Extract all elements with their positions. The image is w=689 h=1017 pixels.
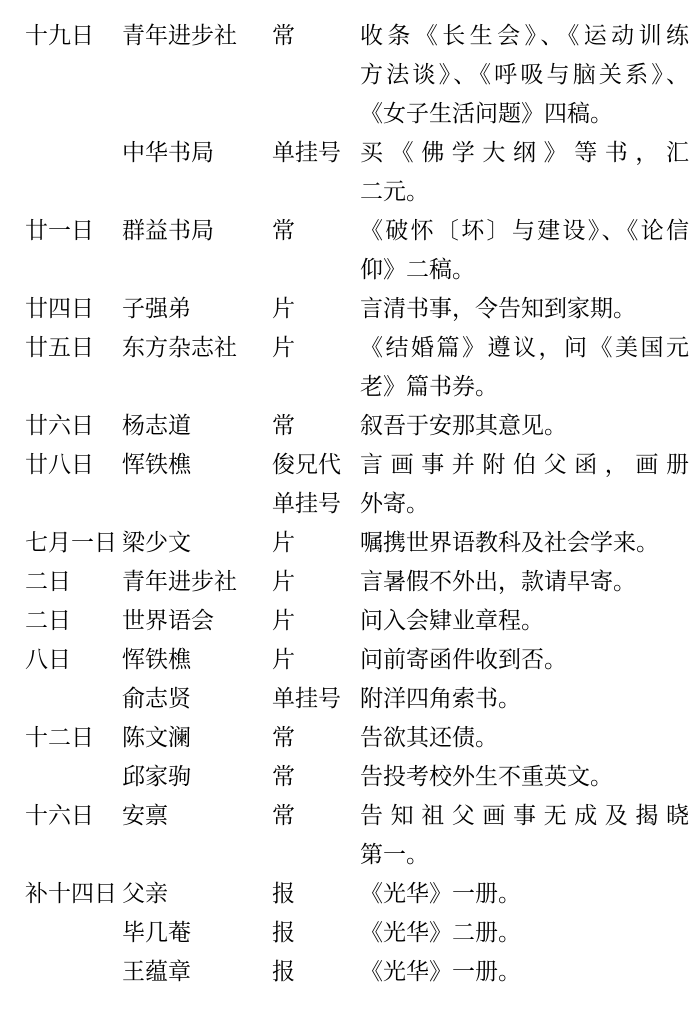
entry-date-cell: 廿八日 [25,445,122,484]
entry-date: 廿一日 [25,211,122,250]
entry-mail-type-cell: 报 [272,913,360,952]
entry-correspondent: 中华书局 [122,133,272,172]
table-row: 廿四日子强弟片言清书事，令告知到家期。 [25,289,689,328]
table-row: 二日青年进步社片言暑假不外出，款请早寄。 [25,562,689,601]
table-row: 补十四日父亲报《光华》一册。 [25,874,689,913]
entry-correspondent-cell: 子强弟 [122,289,272,328]
entry-description-cell: 言暑假不外出，款请早寄。 [360,562,689,601]
entry-correspondent-cell: 俞志贤 [122,679,272,718]
entry-correspondent: 陈文澜 [122,718,272,757]
entry-date: 补十四日 [25,874,122,913]
entry-mail-type: 片 [272,562,360,601]
entry-description-line: 《女子生活问题》四稿。 [360,94,689,133]
entry-date-cell: 廿四日 [25,289,122,328]
entry-description-cell: 言画事并附伯父函，画册外寄。 [360,445,689,523]
entry-mail-type: 片 [272,328,360,367]
entry-description-line: 二元。 [360,172,689,211]
table-row: 中华书局单挂号买《佛学大纲》等书，汇二元。 [25,133,689,211]
table-row: 廿六日杨志道常叙吾于安那其意见。 [25,406,689,445]
entry-date-cell: 廿五日 [25,328,122,367]
entry-mail-type: 片 [272,289,360,328]
entry-description-cell: 《破怀〔坏〕与建设》、《论信仰》二稿。 [360,211,689,289]
entry-date: 二日 [25,562,122,601]
entry-mail-type-cell: 报 [272,952,360,991]
entry-date-cell: 廿一日 [25,211,122,250]
entry-mail-type-cell: 片 [272,328,360,367]
entry-date: 廿五日 [25,328,122,367]
entry-mail-type-cell: 片 [272,562,360,601]
entry-description-line: 言画事并附伯父函，画册 [360,445,689,484]
entry-description-line: 第一。 [360,835,689,874]
entry-mail-type: 单挂号 [272,133,360,172]
entry-mail-type-cell: 常 [272,796,360,835]
entry-description-line: 收条《长生会》、《运动训练 [360,16,689,55]
entry-correspondent-cell: 梁少文 [122,523,272,562]
entry-mail-type-cell: 报 [272,874,360,913]
entry-date: 二日 [25,601,122,640]
entry-correspondent: 东方杂志社 [122,328,272,367]
entry-correspondent: 群益书局 [122,211,272,250]
entry-description-line: 言清书事，令告知到家期。 [360,289,689,328]
entry-description-line: 《光华》一册。 [360,952,689,991]
entry-correspondent: 杨志道 [122,406,272,445]
entry-description-line: 方法谈》、《呼吸与脑关系》、 [360,55,689,94]
entry-description-line: 仰》二稿。 [360,250,689,289]
entry-mail-type: 单挂号 [272,679,360,718]
entry-description-line: 《光华》一册。 [360,874,689,913]
entry-mail-type-cell: 片 [272,601,360,640]
entry-correspondent: 邱家驹 [122,757,272,796]
entry-date: 廿六日 [25,406,122,445]
entry-description-cell: 告欲其还债。 [360,718,689,757]
entry-correspondent-cell: 恽铁樵 [122,445,272,484]
entry-mail-type: 常 [272,718,360,757]
entry-mail-type: 片 [272,640,360,679]
entry-correspondent: 王蕴章 [122,952,272,991]
entry-correspondent-cell: 安禀 [122,796,272,835]
ledger-page: 十九日青年进步社常收条《长生会》、《运动训练方法谈》、《呼吸与脑关系》、《女子生… [0,0,689,1017]
entry-date-cell: 二日 [25,601,122,640]
entry-correspondent: 安禀 [122,796,272,835]
entry-mail-type-cell: 常 [272,406,360,445]
entry-mail-type: 常 [272,406,360,445]
table-row: 廿八日恽铁樵俊兄代单挂号言画事并附伯父函，画册外寄。 [25,445,689,523]
entry-mail-type: 单挂号 [272,484,360,523]
entry-mail-type: 报 [272,952,360,991]
entry-correspondent-cell: 青年进步社 [122,562,272,601]
table-row: 毕几菴报《光华》二册。 [25,913,689,952]
entry-description-cell: 《结婚篇》遵议，问《美国元老》篇书券。 [360,328,689,406]
entry-correspondent: 俞志贤 [122,679,272,718]
entry-description-line: 问前寄函件收到否。 [360,640,689,679]
table-row: 十六日安禀常告知祖父画事无成及揭晓第一。 [25,796,689,874]
entry-correspondent: 恽铁樵 [122,640,272,679]
table-row: 八日恽铁樵片问前寄函件收到否。 [25,640,689,679]
entry-mail-type-cell: 单挂号 [272,133,360,172]
entry-mail-type-cell: 常 [272,211,360,250]
entry-date: 七月一日 [25,523,122,562]
entry-description-cell: 问前寄函件收到否。 [360,640,689,679]
entry-correspondent: 父亲 [122,874,272,913]
entry-correspondent-cell: 父亲 [122,874,272,913]
entry-mail-type: 常 [272,16,360,55]
table-row: 七月一日梁少文片嘱携世界语教科及社会学来。 [25,523,689,562]
entry-date: 十六日 [25,796,122,835]
entry-description-line: 《结婚篇》遵议，问《美国元 [360,328,689,367]
entry-correspondent: 青年进步社 [122,16,272,55]
entry-date: 廿八日 [25,445,122,484]
entry-correspondent: 梁少文 [122,523,272,562]
entry-description-line: 《破怀〔坏〕与建设》、《论信 [360,211,689,250]
entry-date-cell: 七月一日 [25,523,122,562]
entry-description-cell: 买《佛学大纲》等书，汇二元。 [360,133,689,211]
table-row: 二日世界语会片问入会肄业章程。 [25,601,689,640]
table-row: 十九日青年进步社常收条《长生会》、《运动训练方法谈》、《呼吸与脑关系》、《女子生… [25,16,689,133]
entry-description-cell: 收条《长生会》、《运动训练方法谈》、《呼吸与脑关系》、《女子生活问题》四稿。 [360,16,689,133]
entry-date-cell: 十二日 [25,718,122,757]
table-row: 俞志贤单挂号附洋四角索书。 [25,679,689,718]
entry-date: 廿四日 [25,289,122,328]
entry-mail-type-cell: 片 [272,289,360,328]
entry-description-line: 告欲其还债。 [360,718,689,757]
entry-correspondent: 世界语会 [122,601,272,640]
entry-correspondent-cell: 王蕴章 [122,952,272,991]
entry-description-line: 《光华》二册。 [360,913,689,952]
entry-description-line: 告投考校外生不重英文。 [360,757,689,796]
entry-correspondent: 毕几菴 [122,913,272,952]
entry-description-cell: 嘱携世界语教科及社会学来。 [360,523,689,562]
entry-description-line: 问入会肄业章程。 [360,601,689,640]
table-row: 廿五日东方杂志社片《结婚篇》遵议，问《美国元老》篇书券。 [25,328,689,406]
entry-correspondent: 恽铁樵 [122,445,272,484]
entry-description-line: 言暑假不外出，款请早寄。 [360,562,689,601]
entry-mail-type: 常 [272,796,360,835]
entry-correspondent-cell: 毕几菴 [122,913,272,952]
entry-mail-type-cell: 俊兄代单挂号 [272,445,360,523]
entry-correspondent-cell: 杨志道 [122,406,272,445]
ledger-rows: 十九日青年进步社常收条《长生会》、《运动训练方法谈》、《呼吸与脑关系》、《女子生… [25,16,689,991]
entry-date-cell: 补十四日 [25,874,122,913]
entry-description-cell: 告知祖父画事无成及揭晓第一。 [360,796,689,874]
entry-date: 十二日 [25,718,122,757]
entry-description-line: 嘱携世界语教科及社会学来。 [360,523,689,562]
entry-description-line: 告知祖父画事无成及揭晓 [360,796,689,835]
entry-description-line: 附洋四角索书。 [360,679,689,718]
entry-mail-type: 报 [272,874,360,913]
entry-description-cell: 《光华》一册。 [360,952,689,991]
entry-date-cell: 八日 [25,640,122,679]
entry-mail-type-cell: 片 [272,640,360,679]
entry-date: 十九日 [25,16,122,55]
entry-date-cell: 十六日 [25,796,122,835]
entry-correspondent-cell: 青年进步社 [122,16,272,55]
entry-description-cell: 《光华》二册。 [360,913,689,952]
entry-date-cell: 二日 [25,562,122,601]
entry-date-cell: 十九日 [25,16,122,55]
entry-correspondent-cell: 世界语会 [122,601,272,640]
entry-description-cell: 告投考校外生不重英文。 [360,757,689,796]
entry-mail-type: 常 [272,211,360,250]
entry-description-line: 老》篇书券。 [360,367,689,406]
table-row: 廿一日群益书局常《破怀〔坏〕与建设》、《论信仰》二稿。 [25,211,689,289]
entry-mail-type: 片 [272,601,360,640]
entry-description-line: 买《佛学大纲》等书，汇 [360,133,689,172]
entry-correspondent: 子强弟 [122,289,272,328]
entry-mail-type-cell: 常 [272,757,360,796]
entry-mail-type: 俊兄代 [272,445,360,484]
entry-correspondent-cell: 陈文澜 [122,718,272,757]
entry-date-cell: 廿六日 [25,406,122,445]
entry-correspondent-cell: 中华书局 [122,133,272,172]
entry-correspondent-cell: 东方杂志社 [122,328,272,367]
table-row: 邱家驹常告投考校外生不重英文。 [25,757,689,796]
entry-mail-type: 片 [272,523,360,562]
entry-mail-type-cell: 单挂号 [272,679,360,718]
entry-correspondent-cell: 邱家驹 [122,757,272,796]
entry-description-cell: 附洋四角索书。 [360,679,689,718]
table-row: 王蕴章报《光华》一册。 [25,952,689,991]
entry-mail-type: 常 [272,757,360,796]
entry-description-line: 外寄。 [360,484,689,523]
entry-description-line: 叙吾于安那其意见。 [360,406,689,445]
entry-date: 八日 [25,640,122,679]
entry-description-cell: 问入会肄业章程。 [360,601,689,640]
entry-description-cell: 《光华》一册。 [360,874,689,913]
entry-correspondent-cell: 恽铁樵 [122,640,272,679]
entry-mail-type-cell: 片 [272,523,360,562]
entry-description-cell: 叙吾于安那其意见。 [360,406,689,445]
entry-correspondent-cell: 群益书局 [122,211,272,250]
entry-correspondent: 青年进步社 [122,562,272,601]
entry-mail-type-cell: 常 [272,718,360,757]
entry-mail-type-cell: 常 [272,16,360,55]
entry-mail-type: 报 [272,913,360,952]
table-row: 十二日陈文澜常告欲其还债。 [25,718,689,757]
entry-description-cell: 言清书事，令告知到家期。 [360,289,689,328]
